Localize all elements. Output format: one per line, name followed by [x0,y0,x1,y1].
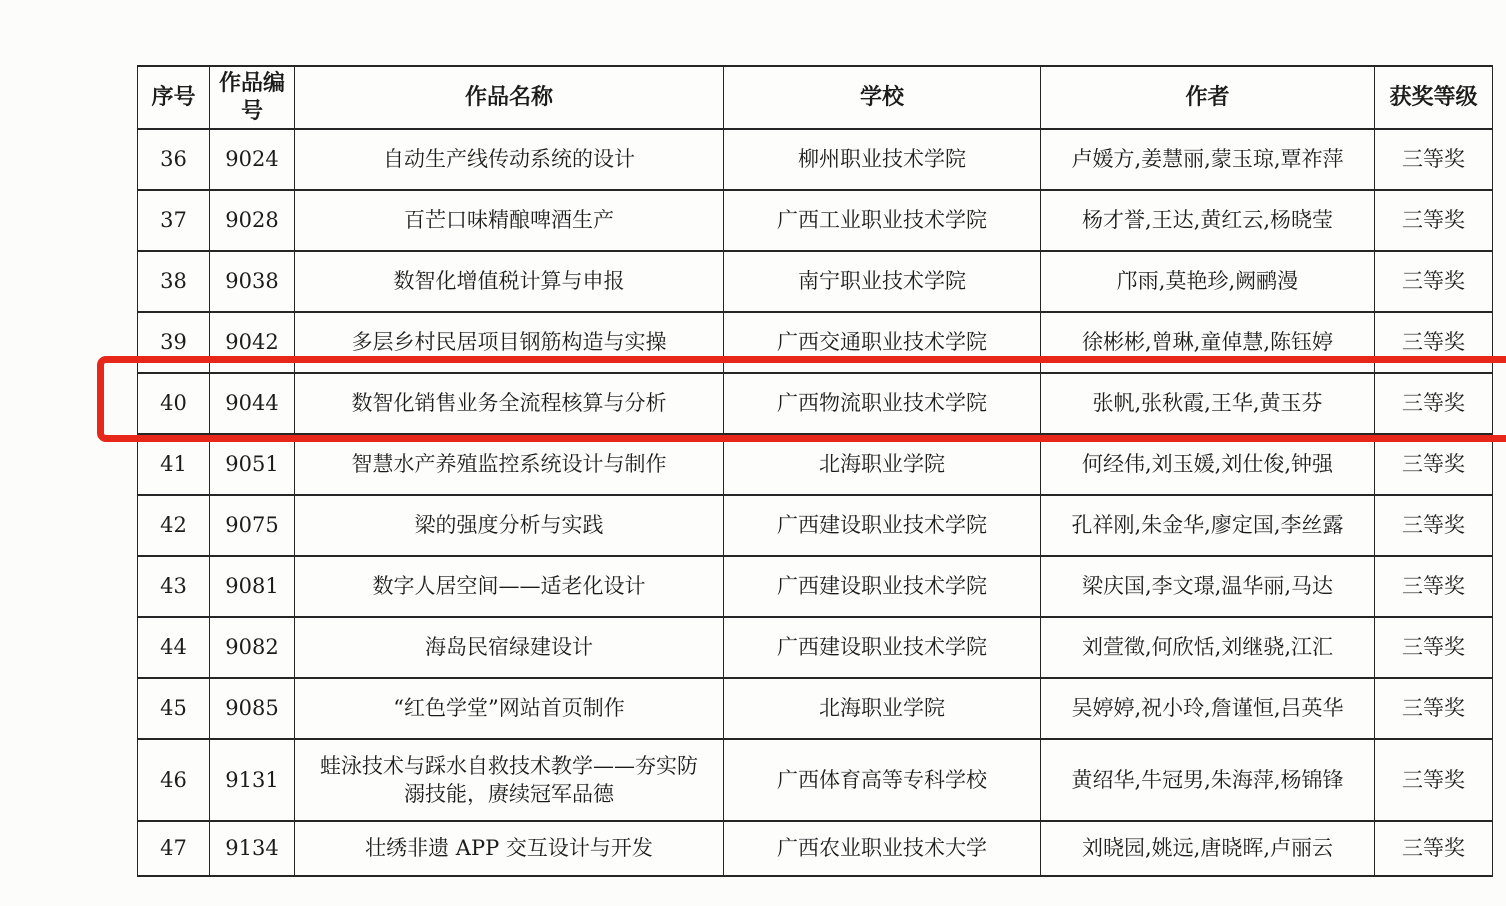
cell-award: 三等奖 [1375,190,1493,251]
cell-authors: 邝雨,莫艳珍,阙鹂漫 [1041,251,1375,312]
cell-title: 多层乡村民居项目钢筋构造与实操 [295,312,724,373]
cell-work_no: 9075 [210,495,295,556]
table-row: 449082海岛民宿绿建设计广西建设职业技术学院刘萱徵,何欣恬,刘继骁,江汇三等… [138,617,1493,678]
cell-title: 数字人居空间——适老化设计 [295,556,724,617]
cell-seq: 38 [138,251,210,312]
cell-seq: 46 [138,739,210,821]
cell-authors: 何经伟,刘玉媛,刘仕俊,钟强 [1041,434,1375,495]
column-header-seq: 序号 [138,66,210,129]
column-header-school: 学校 [724,66,1041,129]
cell-authors: 徐彬彬,曾琳,童倬慧,陈钰婷 [1041,312,1375,373]
cell-title: 自动生产线传动系统的设计 [295,129,724,190]
table-row: 399042多层乡村民居项目钢筋构造与实操广西交通职业技术学院徐彬彬,曾琳,童倬… [138,312,1493,373]
cell-award: 三等奖 [1375,129,1493,190]
cell-award: 三等奖 [1375,617,1493,678]
table-row: 369024自动生产线传动系统的设计柳州职业技术学院卢媛方,姜慧丽,蒙玉琼,覃祚… [138,129,1493,190]
table-header: 序号作品编号作品名称学校作者获奖等级 [138,66,1493,129]
cell-authors: 吴婷婷,祝小玲,詹谨恒,吕英华 [1041,678,1375,739]
cell-authors: 张帆,张秋霞,王华,黄玉芬 [1041,373,1375,434]
column-header-authors: 作者 [1041,66,1375,129]
cell-award: 三等奖 [1375,373,1493,434]
cell-title: 数智化增值税计算与申报 [295,251,724,312]
cell-title: 智慧水产养殖监控系统设计与制作 [295,434,724,495]
cell-school: 广西工业职业技术学院 [724,190,1041,251]
cell-title: 蛙泳技术与踩水自救技术教学——夯实防溺技能，赓续冠军品德 [295,739,724,821]
cell-award: 三等奖 [1375,434,1493,495]
document-page: 序号作品编号作品名称学校作者获奖等级 369024自动生产线传动系统的设计柳州职… [0,0,1506,906]
column-header-title: 作品名称 [295,66,724,129]
cell-award: 三等奖 [1375,821,1493,876]
cell-work_no: 9081 [210,556,295,617]
cell-work_no: 9038 [210,251,295,312]
table-row: 429075梁的强度分析与实践广西建设职业技术学院孔祥刚,朱金华,廖定国,李丝露… [138,495,1493,556]
cell-award: 三等奖 [1375,678,1493,739]
cell-title: 海岛民宿绿建设计 [295,617,724,678]
column-header-work_no: 作品编号 [210,66,295,129]
cell-award: 三等奖 [1375,312,1493,373]
cell-award: 三等奖 [1375,739,1493,821]
cell-seq: 42 [138,495,210,556]
table-body: 369024自动生产线传动系统的设计柳州职业技术学院卢媛方,姜慧丽,蒙玉琼,覃祚… [138,129,1493,876]
table-row: 439081数字人居空间——适老化设计广西建设职业技术学院梁庆国,李文璟,温华丽… [138,556,1493,617]
cell-seq: 40 [138,373,210,434]
cell-seq: 37 [138,190,210,251]
cell-title: 壮绣非遗 APP 交互设计与开发 [295,821,724,876]
cell-title: 数智化销售业务全流程核算与分析 [295,373,724,434]
cell-school: 广西建设职业技术学院 [724,617,1041,678]
cell-seq: 36 [138,129,210,190]
cell-school: 广西建设职业技术学院 [724,495,1041,556]
cell-title: “红色学堂”网站首页制作 [295,678,724,739]
table-row: 469131蛙泳技术与踩水自救技术教学——夯实防溺技能，赓续冠军品德广西体育高等… [138,739,1493,821]
table-row: 419051智慧水产养殖监控系统设计与制作北海职业学院何经伟,刘玉媛,刘仕俊,钟… [138,434,1493,495]
cell-award: 三等奖 [1375,495,1493,556]
cell-work_no: 9082 [210,617,295,678]
cell-school: 南宁职业技术学院 [724,251,1041,312]
cell-school: 广西体育高等专科学校 [724,739,1041,821]
cell-authors: 杨才誉,王达,黄红云,杨晓莹 [1041,190,1375,251]
cell-seq: 44 [138,617,210,678]
cell-work_no: 9028 [210,190,295,251]
header-row: 序号作品编号作品名称学校作者获奖等级 [138,66,1493,129]
table-row: 459085“红色学堂”网站首页制作北海职业学院吴婷婷,祝小玲,詹谨恒,吕英华三… [138,678,1493,739]
cell-authors: 孔祥刚,朱金华,廖定国,李丝露 [1041,495,1375,556]
cell-authors: 黄绍华,牛冠男,朱海萍,杨锦锋 [1041,739,1375,821]
table-row: 389038数智化增值税计算与申报南宁职业技术学院邝雨,莫艳珍,阙鹂漫三等奖 [138,251,1493,312]
table-row: 479134壮绣非遗 APP 交互设计与开发广西农业职业技术大学刘晓园,姚远,唐… [138,821,1493,876]
cell-authors: 卢媛方,姜慧丽,蒙玉琼,覃祚萍 [1041,129,1375,190]
cell-award: 三等奖 [1375,251,1493,312]
cell-authors: 梁庆国,李文璟,温华丽,马达 [1041,556,1375,617]
table-row: 409044数智化销售业务全流程核算与分析广西物流职业技术学院张帆,张秋霞,王华… [138,373,1493,434]
cell-school: 广西建设职业技术学院 [724,556,1041,617]
cell-work_no: 9044 [210,373,295,434]
cell-work_no: 9131 [210,739,295,821]
cell-work_no: 9042 [210,312,295,373]
cell-seq: 45 [138,678,210,739]
cell-work_no: 9051 [210,434,295,495]
cell-school: 广西交通职业技术学院 [724,312,1041,373]
cell-seq: 39 [138,312,210,373]
cell-school: 北海职业学院 [724,434,1041,495]
cell-school: 广西农业职业技术大学 [724,821,1041,876]
cell-seq: 41 [138,434,210,495]
cell-seq: 43 [138,556,210,617]
awards-table: 序号作品编号作品名称学校作者获奖等级 369024自动生产线传动系统的设计柳州职… [137,65,1493,877]
cell-title: 梁的强度分析与实践 [295,495,724,556]
table-row: 379028百芒口味精酿啤酒生产广西工业职业技术学院杨才誉,王达,黄红云,杨晓莹… [138,190,1493,251]
cell-work_no: 9134 [210,821,295,876]
cell-award: 三等奖 [1375,556,1493,617]
cell-authors: 刘晓园,姚远,唐晓晖,卢丽云 [1041,821,1375,876]
cell-school: 广西物流职业技术学院 [724,373,1041,434]
cell-seq: 47 [138,821,210,876]
cell-school: 北海职业学院 [724,678,1041,739]
cell-authors: 刘萱徵,何欣恬,刘继骁,江汇 [1041,617,1375,678]
cell-work_no: 9085 [210,678,295,739]
cell-title: 百芒口味精酿啤酒生产 [295,190,724,251]
column-header-award: 获奖等级 [1375,66,1493,129]
cell-school: 柳州职业技术学院 [724,129,1041,190]
cell-work_no: 9024 [210,129,295,190]
